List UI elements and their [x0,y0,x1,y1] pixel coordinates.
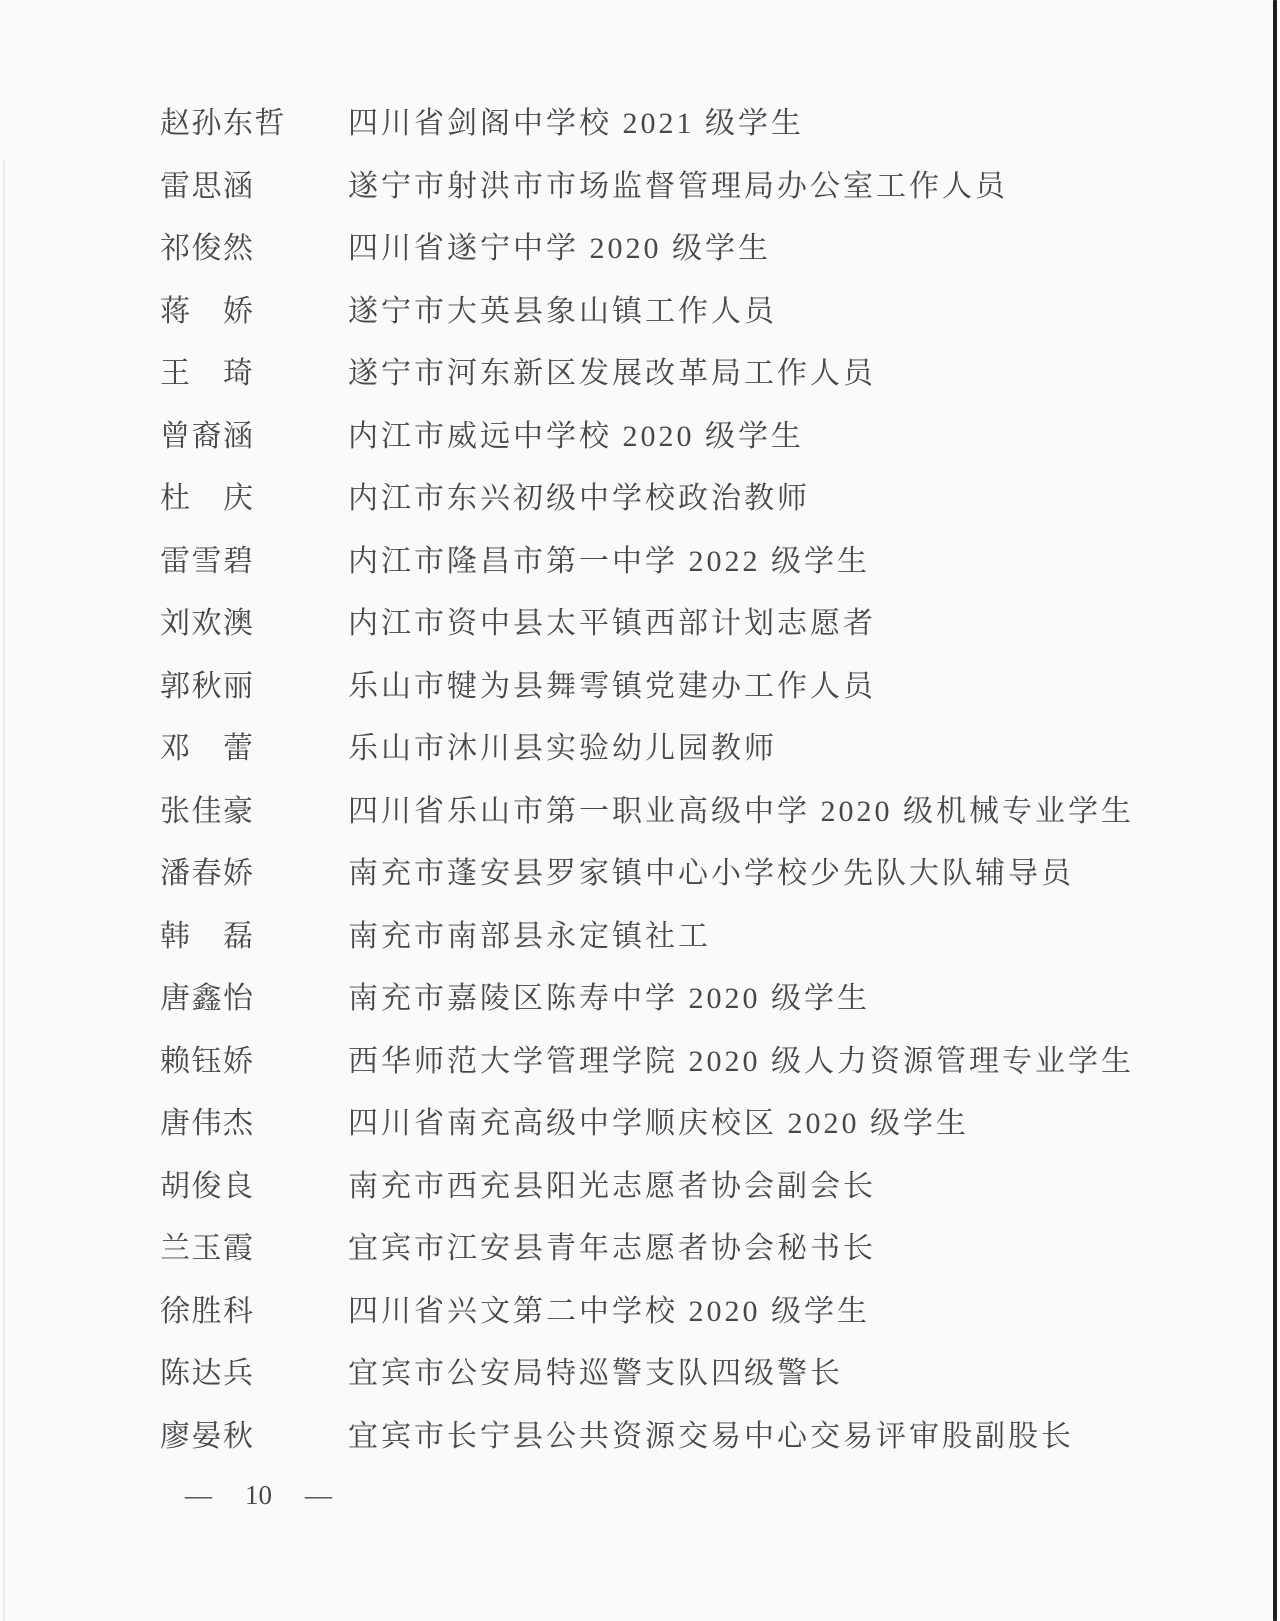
person-name: 陈达兵 [160,1359,348,1389]
person-name: 潘春娇 [160,859,348,889]
roster-row: 雷雪碧 内江市隆昌市第一中学 2022 级学生 [160,531,1240,594]
roster-row: 曾裔涵 内江市威远中学校 2020 级学生 [160,406,1240,469]
roster-row: 赵孙东哲 四川省剑阁中学校 2021 级学生 [160,93,1240,156]
person-name: 胡俊良 [160,1172,348,1202]
document-page: 赵孙东哲 四川省剑阁中学校 2021 级学生 雷思涵 遂宁市射洪市市场监督管理局… [0,0,1280,1621]
person-title: 四川省剑阁中学校 2021 级学生 [348,109,1240,139]
page-footer: — 10 — [185,1482,332,1509]
person-name: 唐伟杰 [160,1109,348,1139]
roster-row: 雷思涵 遂宁市射洪市市场监督管理局办公室工作人员 [160,156,1240,219]
roster-row: 张佳豪 四川省乐山市第一职业高级中学 2020 级机械专业学生 [160,781,1240,844]
person-title: 南充市嘉陵区陈寿中学 2020 级学生 [348,984,1240,1014]
roster-row: 徐胜科 四川省兴文第二中学校 2020 级学生 [160,1281,1240,1344]
person-name: 邓 蕾 [160,734,348,764]
roster-row: 赖钰娇 西华师范大学管理学院 2020 级人力资源管理专业学生 [160,1031,1240,1094]
person-name: 赖钰娇 [160,1047,348,1077]
roster-row: 郭秋丽 乐山市犍为县舞雩镇党建办工作人员 [160,656,1240,719]
scan-edge-right [1273,0,1277,1621]
roster-row: 杜 庆 内江市东兴初级中学校政治教师 [160,468,1240,531]
person-name: 张佳豪 [160,797,348,827]
person-title: 南充市蓬安县罗家镇中心小学校少先队大队辅导员 [348,859,1240,889]
person-title: 内江市资中县太平镇西部计划志愿者 [348,609,1240,639]
roster-row: 祁俊然 四川省遂宁中学 2020 级学生 [160,218,1240,281]
person-name: 蒋 娇 [160,297,348,327]
person-name: 王 琦 [160,359,348,389]
scan-edge-left [3,160,5,1621]
person-name: 祁俊然 [160,234,348,264]
footer-dash-right: — [305,1482,332,1509]
person-title: 遂宁市河东新区发展改革局工作人员 [348,359,1240,389]
person-name: 郭秋丽 [160,672,348,702]
person-name: 廖晏秋 [160,1422,348,1452]
roster-row: 胡俊良 南充市西充县阳光志愿者协会副会长 [160,1156,1240,1219]
person-name: 兰玉霞 [160,1234,348,1264]
person-title: 宜宾市江安县青年志愿者协会秘书长 [348,1234,1240,1264]
page-number: 10 [245,1482,272,1509]
roster-row: 陈达兵 宜宾市公安局特巡警支队四级警长 [160,1343,1240,1406]
person-title: 乐山市沐川县实验幼儿园教师 [348,734,1240,764]
person-title: 内江市隆昌市第一中学 2022 级学生 [348,547,1240,577]
roster: 赵孙东哲 四川省剑阁中学校 2021 级学生 雷思涵 遂宁市射洪市市场监督管理局… [160,93,1240,1468]
person-name: 杜 庆 [160,484,348,514]
person-title: 四川省兴文第二中学校 2020 级学生 [348,1297,1240,1327]
roster-row: 刘欢澳 内江市资中县太平镇西部计划志愿者 [160,593,1240,656]
roster-row: 王 琦 遂宁市河东新区发展改革局工作人员 [160,343,1240,406]
person-name: 韩 磊 [160,922,348,952]
person-title: 西华师范大学管理学院 2020 级人力资源管理专业学生 [348,1047,1240,1077]
person-title: 宜宾市长宁县公共资源交易中心交易评审股副股长 [348,1422,1240,1452]
person-title: 内江市东兴初级中学校政治教师 [348,484,1240,514]
person-title: 宜宾市公安局特巡警支队四级警长 [348,1359,1240,1389]
person-title: 乐山市犍为县舞雩镇党建办工作人员 [348,672,1240,702]
person-title: 南充市南部县永定镇社工 [348,922,1240,952]
roster-row: 唐伟杰 四川省南充高级中学顺庆校区 2020 级学生 [160,1093,1240,1156]
person-title: 内江市威远中学校 2020 级学生 [348,422,1240,452]
roster-row: 邓 蕾 乐山市沐川县实验幼儿园教师 [160,718,1240,781]
person-title: 四川省乐山市第一职业高级中学 2020 级机械专业学生 [348,797,1240,827]
person-title: 四川省南充高级中学顺庆校区 2020 级学生 [348,1109,1240,1139]
person-name: 曾裔涵 [160,422,348,452]
roster-row: 廖晏秋 宜宾市长宁县公共资源交易中心交易评审股副股长 [160,1406,1240,1469]
roster-row: 兰玉霞 宜宾市江安县青年志愿者协会秘书长 [160,1218,1240,1281]
roster-row: 韩 磊 南充市南部县永定镇社工 [160,906,1240,969]
person-name: 徐胜科 [160,1297,348,1327]
person-name: 赵孙东哲 [160,109,348,139]
person-title: 南充市西充县阳光志愿者协会副会长 [348,1172,1240,1202]
roster-row: 蒋 娇 遂宁市大英县象山镇工作人员 [160,281,1240,344]
roster-row: 潘春娇 南充市蓬安县罗家镇中心小学校少先队大队辅导员 [160,843,1240,906]
person-name: 刘欢澳 [160,609,348,639]
person-title: 四川省遂宁中学 2020 级学生 [348,234,1240,264]
person-name: 雷雪碧 [160,547,348,577]
roster-row: 唐鑫怡 南充市嘉陵区陈寿中学 2020 级学生 [160,968,1240,1031]
footer-dash-left: — [185,1482,212,1509]
person-title: 遂宁市射洪市市场监督管理局办公室工作人员 [348,172,1240,202]
person-title: 遂宁市大英县象山镇工作人员 [348,297,1240,327]
person-name: 雷思涵 [160,172,348,202]
person-name: 唐鑫怡 [160,984,348,1014]
